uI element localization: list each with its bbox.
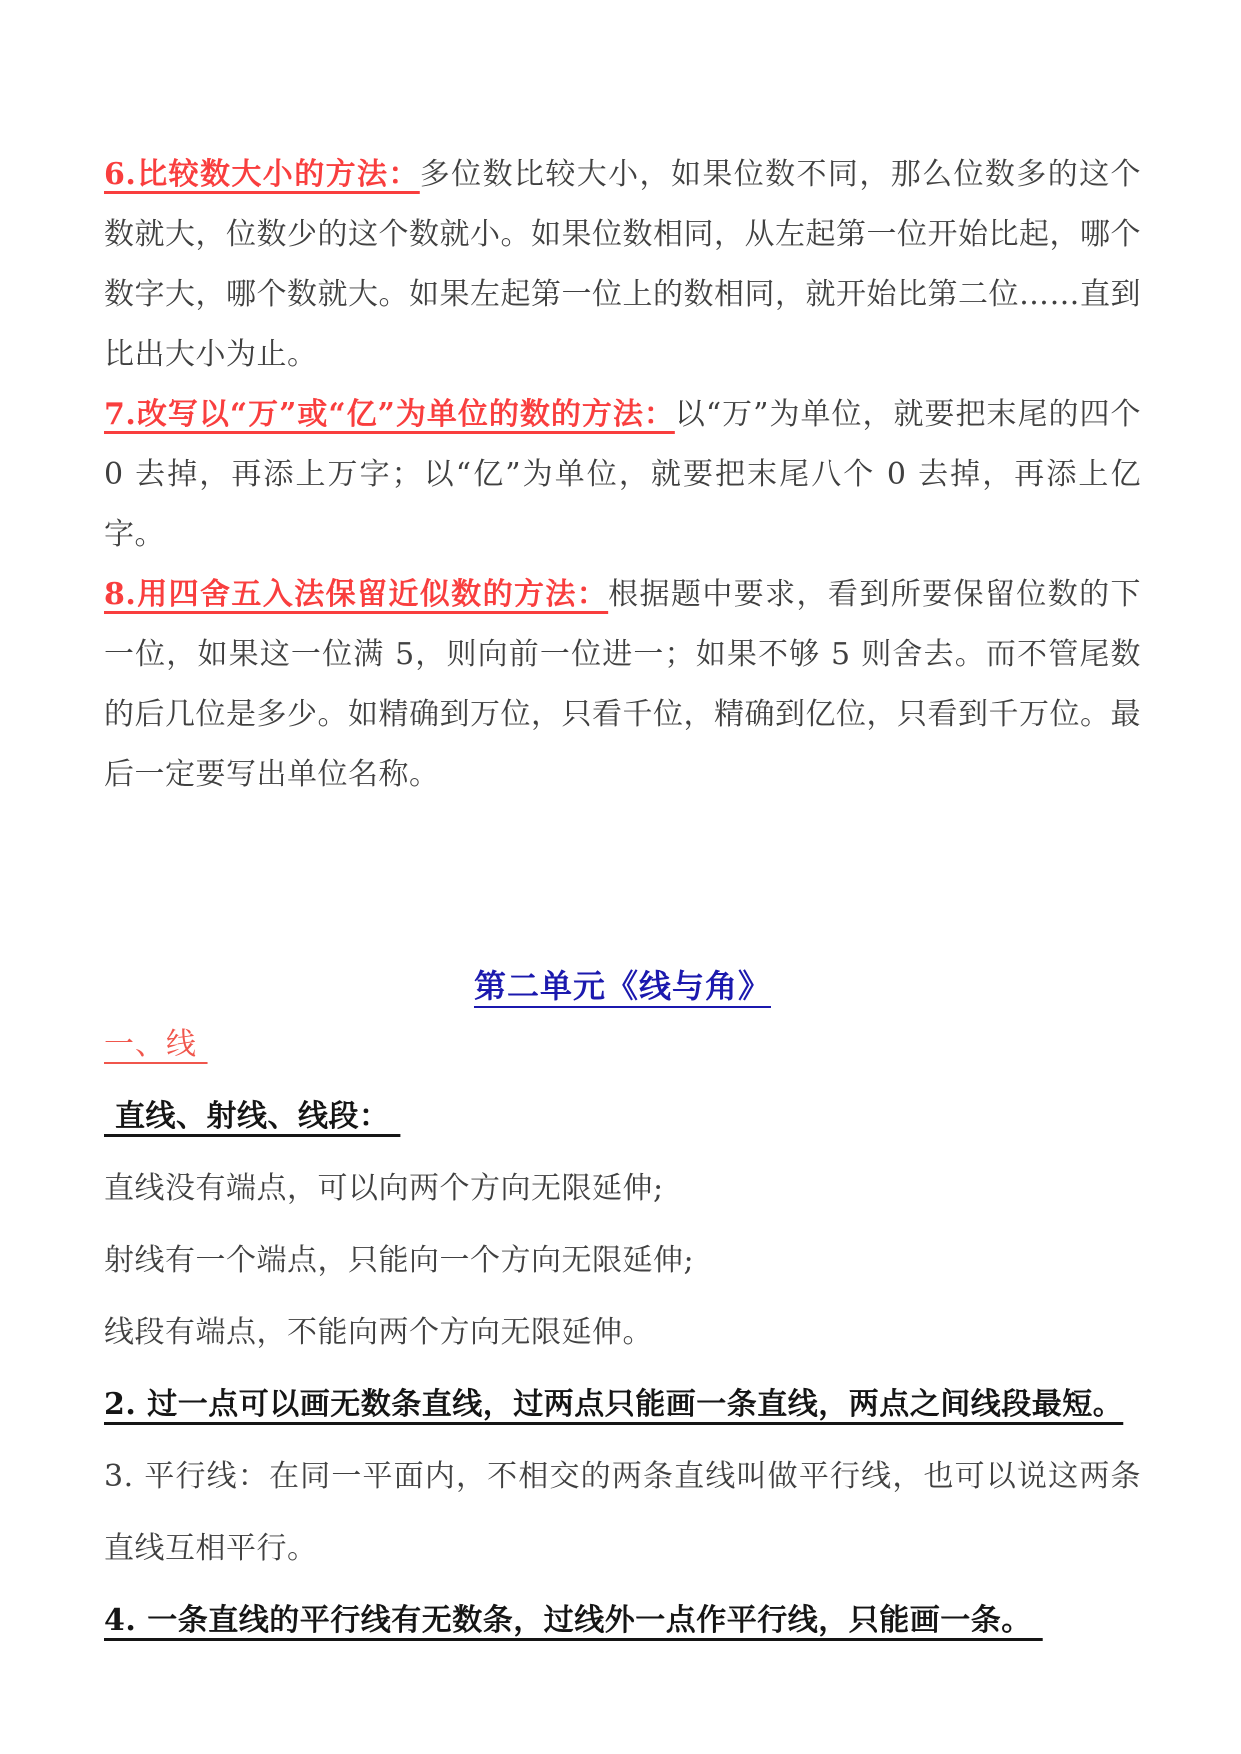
line-def-ray: 射线有一个端点，只能向一个方向无限延伸; bbox=[104, 1225, 1141, 1297]
note-item-7: 7.改写以“万”或“亿”为单位的数的方法：以“万”为单位，就要把末尾的四个 0 … bbox=[104, 385, 1141, 565]
note-item-8: 8.用四舍五入法保留近似数的方法：根据题中要求，看到所要保留位数的下一位，如果这… bbox=[104, 565, 1141, 805]
line-def-straight-line: 直线没有端点，可以向两个方向无限延伸; bbox=[104, 1153, 1141, 1225]
unit2-lines-section: 一、线 直线、射线、线段： 直线没有端点，可以向两个方向无限延伸; 射线有一个端… bbox=[104, 1009, 1141, 1657]
unit2-point-4: 4. 一条直线的平行线有无数条，过线外一点作平行线，只能画一条。 bbox=[104, 1585, 1141, 1657]
note-item-6-heading: 6.比较数大小的方法： bbox=[104, 157, 420, 192]
document-page: 6.比较数大小的方法：多位数比较大小，如果位数不同，那么位数多的这个数就大，位数… bbox=[0, 0, 1241, 1754]
unit2-point-3: 3. 平行线：在同一平面内，不相交的两条直线叫做平行线，也可以说这两条直线互相平… bbox=[104, 1441, 1141, 1585]
line-types-heading: 直线、射线、线段： bbox=[104, 1081, 1141, 1153]
note-item-7-heading: 7.改写以“万”或“亿”为单位的数的方法： bbox=[104, 397, 675, 432]
unit2-sub-heading: 一、线 bbox=[104, 1009, 1141, 1081]
note-item-8-heading: 8.用四舍五入法保留近似数的方法： bbox=[104, 577, 608, 612]
unit2-point-2: 2. 过一点可以画无数条直线，过两点只能画一条直线，两点之间线段最短。 bbox=[104, 1369, 1141, 1441]
unit2-title: 第二单元《线与角》 bbox=[104, 963, 1141, 1009]
number-methods-section: 6.比较数大小的方法：多位数比较大小，如果位数不同，那么位数多的这个数就大，位数… bbox=[104, 145, 1141, 805]
line-def-segment: 线段有端点，不能向两个方向无限延伸。 bbox=[104, 1297, 1141, 1369]
note-item-6: 6.比较数大小的方法：多位数比较大小，如果位数不同，那么位数多的这个数就大，位数… bbox=[104, 145, 1141, 385]
